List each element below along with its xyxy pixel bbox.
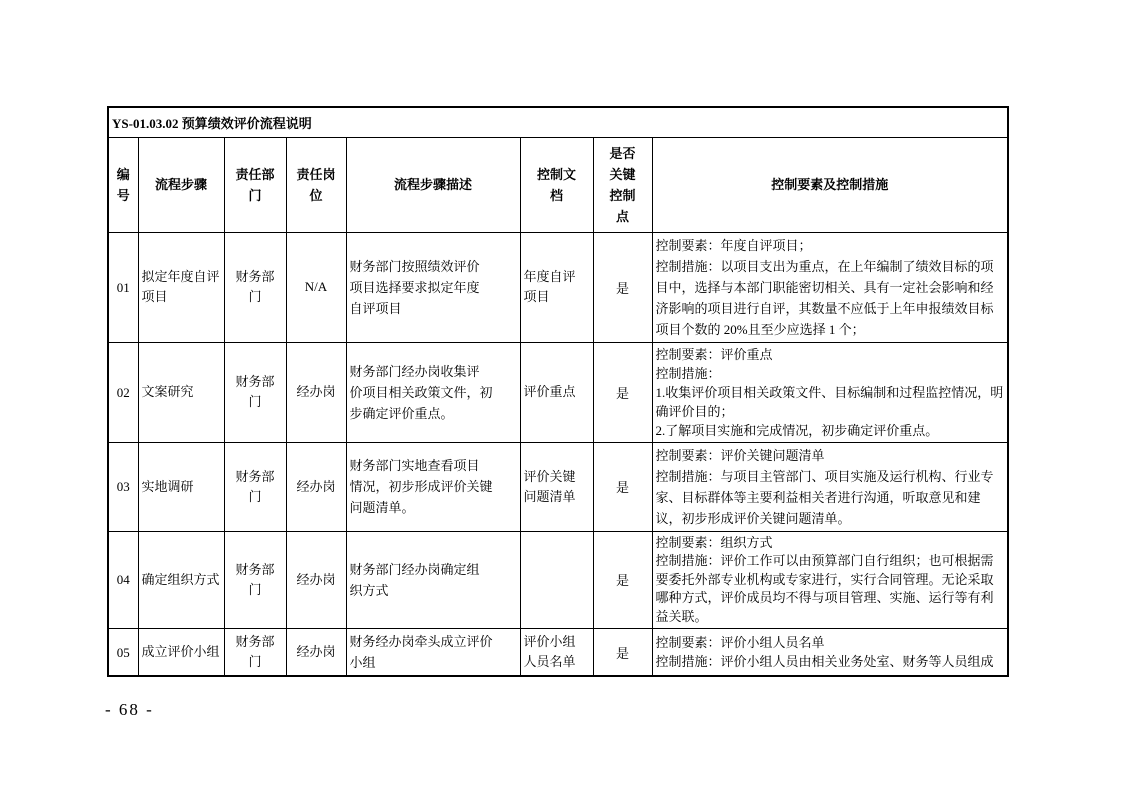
header-id: 编 号 xyxy=(108,137,138,232)
table-row: 02 文案研究 财务部 门 经办岗 财务部门经办岗收集评 价项目相关政策文件，初… xyxy=(108,342,1008,442)
cell-post: 经办岗 xyxy=(286,531,346,629)
cell-desc: 财务部门经办岗确定组 织方式 xyxy=(346,531,520,629)
cell-step: 文案研究 xyxy=(138,342,224,442)
document-title: YS-01.03.02 预算绩效评价流程说明 xyxy=(108,107,1008,137)
cell-desc: 财务经办岗牵头成立评价 小组 xyxy=(346,629,520,677)
table-row: 03 实地调研 财务部 门 经办岗 财务部门实地查看项目 情况，初步形成评价关键… xyxy=(108,442,1008,531)
cell-id: 05 xyxy=(108,629,138,677)
cell-key: 是 xyxy=(593,232,652,342)
cell-post: 经办岗 xyxy=(286,442,346,531)
cell-id: 01 xyxy=(108,232,138,342)
cell-desc: 财务部门实地查看项目 情况，初步形成评价关键 问题清单。 xyxy=(346,442,520,531)
cell-doc: 评价关键 问题清单 xyxy=(520,442,593,531)
cell-control: 控制要素：评价小组人员名单 控制措施：评价小组人员由相关业务处室、财务等人员组成 xyxy=(652,629,1008,677)
cell-step: 实地调研 xyxy=(138,442,224,531)
cell-key: 是 xyxy=(593,342,652,442)
cell-key: 是 xyxy=(593,531,652,629)
cell-key: 是 xyxy=(593,629,652,677)
document-page: YS-01.03.02 预算绩效评价流程说明 编 号 流程步骤 责任部 门 责任… xyxy=(0,0,1123,794)
cell-step: 确定组织方式 xyxy=(138,531,224,629)
cell-doc: 评价小组 人员名单 xyxy=(520,629,593,677)
cell-post: 经办岗 xyxy=(286,629,346,677)
table-row: 01 拟定年度自评 项目 财务部 门 N/A 财务部门按照绩效评价 项目选择要求… xyxy=(108,232,1008,342)
header-key: 是否 关键 控制 点 xyxy=(593,137,652,232)
page-number: - 68 - xyxy=(105,700,154,720)
process-table: YS-01.03.02 预算绩效评价流程说明 编 号 流程步骤 责任部 门 责任… xyxy=(107,106,1009,677)
cell-doc: 评价重点 xyxy=(520,342,593,442)
cell-control: 控制要素：年度自评项目； 控制措施：以项目支出为重点，在上年编制了绩效目标的项目… xyxy=(652,232,1008,342)
cell-control: 控制要素：评价关键问题清单 控制措施：与项目主管部门、项目实施及运行机构、行业专… xyxy=(652,442,1008,531)
cell-id: 03 xyxy=(108,442,138,531)
table-title-row: YS-01.03.02 预算绩效评价流程说明 xyxy=(108,107,1008,137)
header-post: 责任岗 位 xyxy=(286,137,346,232)
header-step: 流程步骤 xyxy=(138,137,224,232)
cell-control: 控制要素：组织方式 控制措施：评价工作可以由预算部门自行组织；也可根据需要委托外… xyxy=(652,531,1008,629)
cell-id: 04 xyxy=(108,531,138,629)
table-row: 04 确定组织方式 财务部 门 经办岗 财务部门经办岗确定组 织方式 是 控制要… xyxy=(108,531,1008,629)
cell-control: 控制要素：评价重点 控制措施： 1.收集评价项目相关政策文件、目标编制和过程监控… xyxy=(652,342,1008,442)
cell-doc xyxy=(520,531,593,629)
header-control: 控制要素及控制措施 xyxy=(652,137,1008,232)
header-dept: 责任部 门 xyxy=(224,137,286,232)
cell-dept: 财务部 门 xyxy=(224,342,286,442)
cell-doc: 年度自评 项目 xyxy=(520,232,593,342)
cell-step: 拟定年度自评 项目 xyxy=(138,232,224,342)
cell-step: 成立评价小组 xyxy=(138,629,224,677)
table-header-row: 编 号 流程步骤 责任部 门 责任岗 位 流程步骤描述 控制文 档 是否 关键 … xyxy=(108,137,1008,232)
table-row: 05 成立评价小组 财务部 门 经办岗 财务经办岗牵头成立评价 小组 评价小组 … xyxy=(108,629,1008,677)
cell-desc: 财务部门经办岗收集评 价项目相关政策文件，初 步确定评价重点。 xyxy=(346,342,520,442)
header-desc: 流程步骤描述 xyxy=(346,137,520,232)
header-doc: 控制文 档 xyxy=(520,137,593,232)
cell-dept: 财务部 门 xyxy=(224,442,286,531)
cell-post: N/A xyxy=(286,232,346,342)
cell-id: 02 xyxy=(108,342,138,442)
cell-desc: 财务部门按照绩效评价 项目选择要求拟定年度 自评项目 xyxy=(346,232,520,342)
cell-dept: 财务部 门 xyxy=(224,531,286,629)
cell-dept: 财务部 门 xyxy=(224,629,286,677)
cell-dept: 财务部 门 xyxy=(224,232,286,342)
cell-post: 经办岗 xyxy=(286,342,346,442)
cell-key: 是 xyxy=(593,442,652,531)
